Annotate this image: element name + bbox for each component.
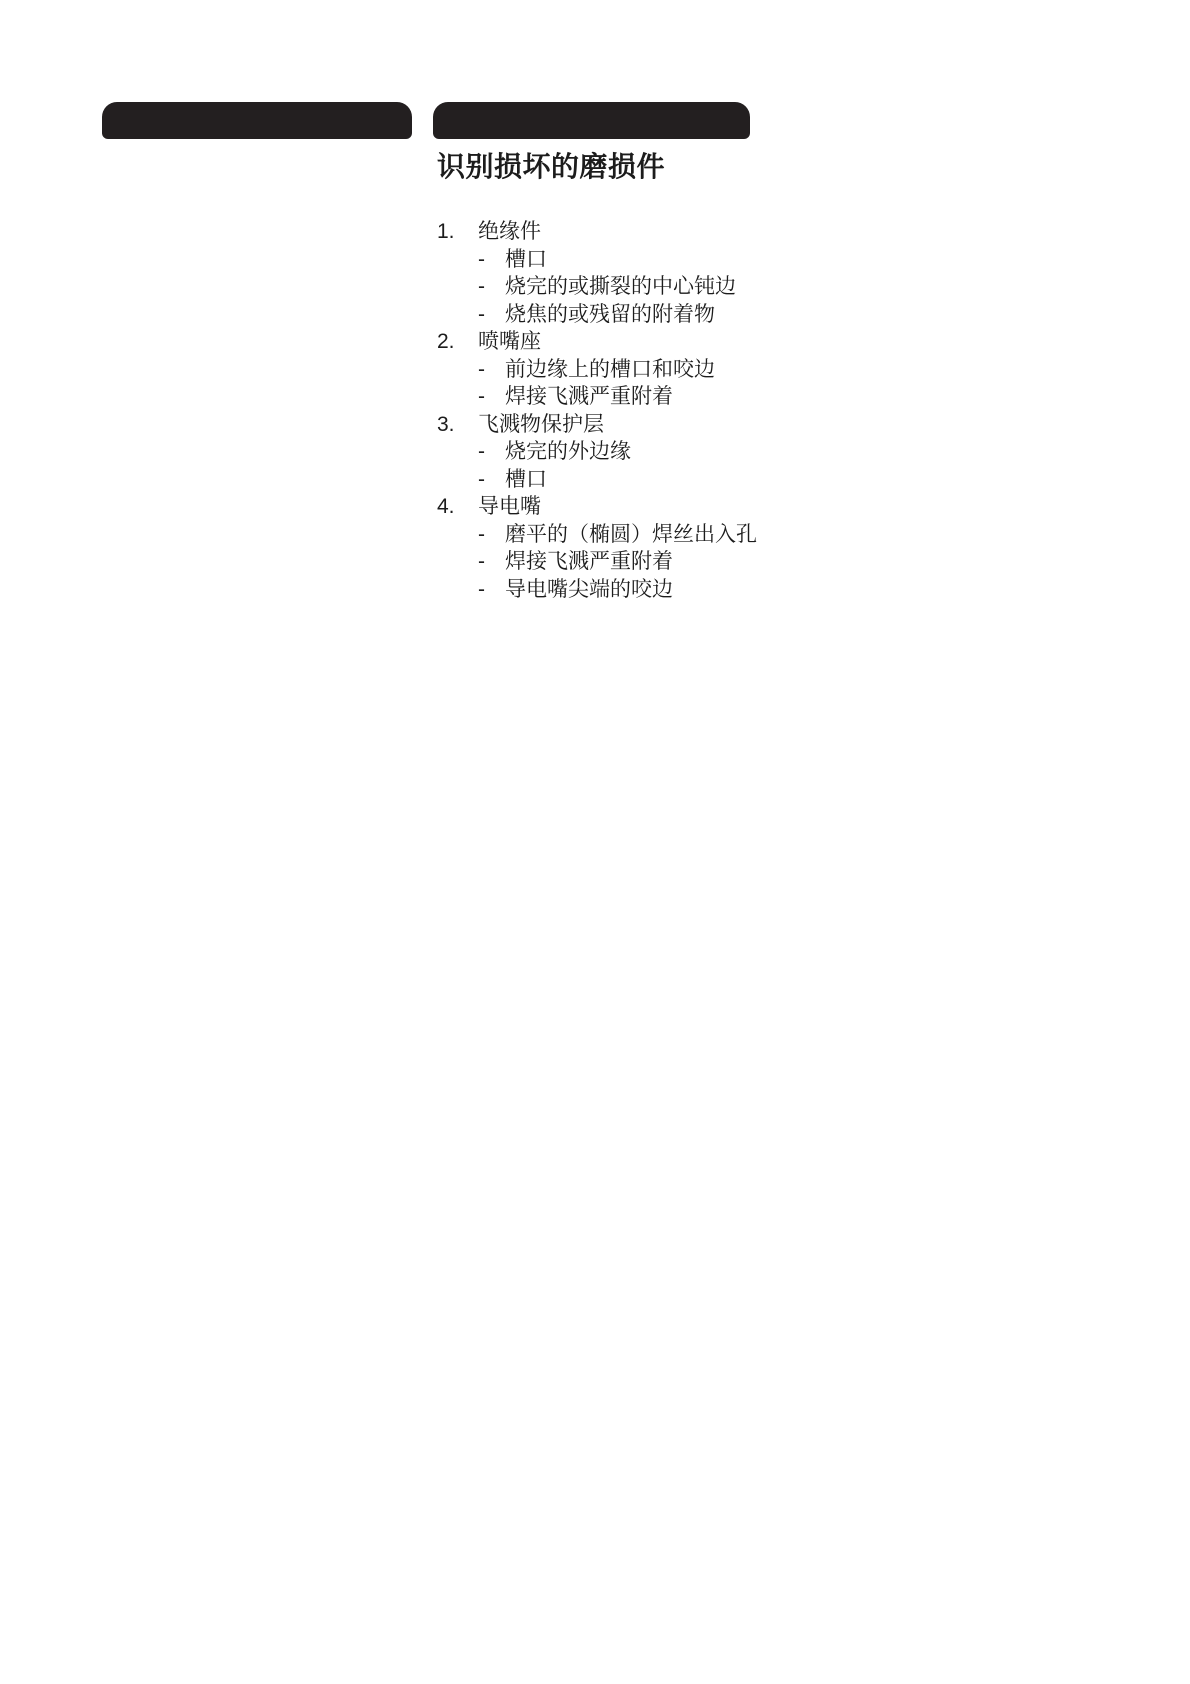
document-page: 识别损坏的磨损件 1. 绝缘件 - 槽口 - 烧完的或撕裂的中心钝边 - 烧焦的… [0, 0, 1190, 1684]
dash-bullet: - [478, 466, 505, 494]
dash-bullet: - [478, 273, 505, 301]
list-subitem: - 烧焦的或残留的附着物 [437, 301, 917, 329]
list-item: 4. 导电嘴 [437, 493, 917, 521]
list-subitem: - 磨平的（椭圆）焊丝出入孔 [437, 521, 917, 549]
subitem-text: 前边缘上的槽口和咬边 [505, 356, 917, 384]
list-item: 3. 飞溅物保护层 [437, 411, 917, 439]
item-number: 4. [437, 493, 478, 521]
item-number: 2. [437, 328, 478, 356]
item-label: 飞溅物保护层 [478, 411, 917, 439]
subitem-text: 焊接飞溅严重附着 [505, 548, 917, 576]
list-subitem: - 焊接飞溅严重附着 [437, 548, 917, 576]
list-subitem: - 烧完的或撕裂的中心钝边 [437, 273, 917, 301]
dash-bullet: - [478, 246, 505, 274]
wear-parts-list: 1. 绝缘件 - 槽口 - 烧完的或撕裂的中心钝边 - 烧焦的或残留的附着物 2… [437, 218, 917, 603]
item-number: 3. [437, 411, 478, 439]
list-subitem: - 焊接飞溅严重附着 [437, 383, 917, 411]
dash-bullet: - [478, 521, 505, 549]
dash-bullet: - [478, 356, 505, 384]
list-subitem: - 槽口 [437, 466, 917, 494]
list-subitem: - 导电嘴尖端的咬边 [437, 576, 917, 604]
content-column: 识别损坏的磨损件 1. 绝缘件 - 槽口 - 烧完的或撕裂的中心钝边 - 烧焦的… [437, 150, 917, 603]
subitem-text: 焊接飞溅严重附着 [505, 383, 917, 411]
section-title: 识别损坏的磨损件 [437, 150, 917, 184]
subitem-text: 烧完的或撕裂的中心钝边 [505, 273, 917, 301]
subitem-text: 槽口 [505, 246, 917, 274]
header-bar-left [102, 102, 412, 139]
item-label: 导电嘴 [478, 493, 917, 521]
dash-bullet: - [478, 301, 505, 329]
list-item: 1. 绝缘件 [437, 218, 917, 246]
item-number: 1. [437, 218, 478, 246]
list-subitem: - 前边缘上的槽口和咬边 [437, 356, 917, 384]
item-label: 绝缘件 [478, 218, 917, 246]
item-label: 喷嘴座 [478, 328, 917, 356]
subitem-text: 导电嘴尖端的咬边 [505, 576, 917, 604]
dash-bullet: - [478, 438, 505, 466]
dash-bullet: - [478, 576, 505, 604]
header-bar-right [433, 102, 750, 139]
list-item: 2. 喷嘴座 [437, 328, 917, 356]
dash-bullet: - [478, 548, 505, 576]
subitem-text: 烧焦的或残留的附着物 [505, 301, 917, 329]
list-subitem: - 槽口 [437, 246, 917, 274]
list-subitem: - 烧完的外边缘 [437, 438, 917, 466]
subitem-text: 磨平的（椭圆）焊丝出入孔 [505, 521, 917, 549]
subitem-text: 槽口 [505, 466, 917, 494]
subitem-text: 烧完的外边缘 [505, 438, 917, 466]
dash-bullet: - [478, 383, 505, 411]
